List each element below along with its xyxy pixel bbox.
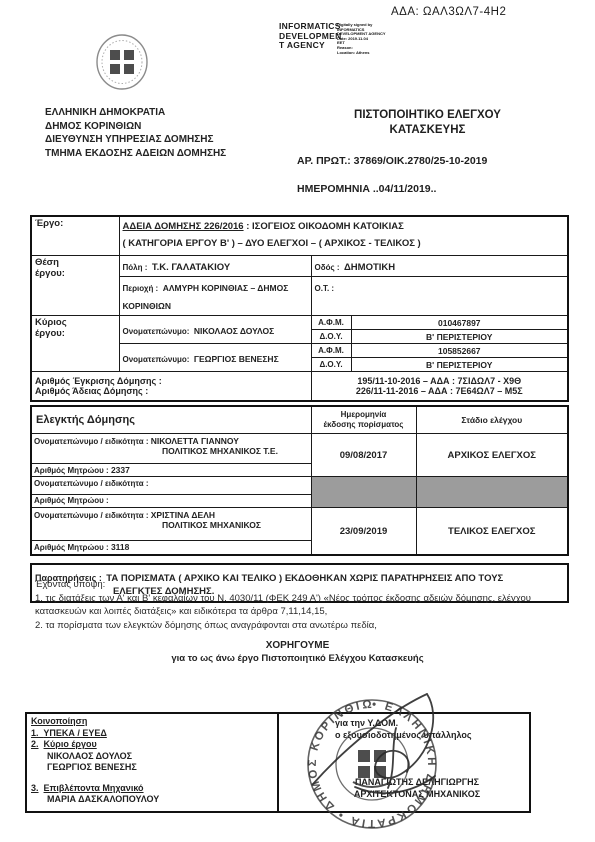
owner-label: Κύριος έργου: [31,316,119,372]
location-label: Θέση έργου: [31,256,119,316]
permit-numbers-labels: Αριθμός Έγκρισης Δόμησης : Αριθμός Άδεια… [31,372,311,402]
certificate-title-line1: ΠΙΣΤΟΠΟΙΗΤΙΚΟ ΕΛΕΓΧΟΥ [315,108,540,123]
municipal-seal-icon [95,33,149,91]
stamp-coat-of-arms-icon [353,750,391,787]
distribution-list: Κοινοποίηση 1. ΥΠΕΚΑ / ΕΥΕΔ 2. Κύριο έργ… [27,714,279,811]
table-header-row: Ελεγκτής Δόμησης Ημερομηνία έκδοσης πορί… [31,406,568,434]
stage-column-header: Στάδιο ελέγχου [416,406,568,434]
inspector2-registry: Αριθμός Μητρώου : [32,494,311,506]
inspector1-name: ΝΙΚΟΛΕΤΤΑ ΓΙΑΝΝΟΥ [151,436,239,446]
owner1-doy-label: Δ.Ο.Υ. [311,330,351,344]
permit-reference: ΑΔΕΙΑ ΔΟΜΗΣΗΣ 226/2016 [123,221,244,232]
project-description: : ΙΣΟΓΕΙΟΣ ΟΙΚΟΔΟΜΗ ΚΑΤΟΙΚΙΑΣ [246,221,404,232]
owner-label-line: έργου: [35,328,116,339]
owner2-afm-value: 105852667 [351,344,568,358]
owner1-afm-value: 010467897 [351,316,568,330]
inspector2-name-label: Ονοματεπώνυμο / ειδικότητα : [34,479,149,488]
item-label: Επιβλέποντα Μηχανικό [44,783,144,793]
legal-item2: 2. τα πορίσματα των ελεγκτών δόμησης όπω… [35,619,557,633]
inspector-row: Ονοματεπώνυμο / ειδικότητα : ΧΡΙΣΤΙΝΑ ΔΕ… [31,508,568,556]
owner2-afm-label: Α.Φ.Μ. [311,344,351,358]
inspector1-specialty: ΠΟΛΙΤΙΚΟΣ ΜΗΧΑΝΙΚΟΣ Τ.Ε. [162,446,278,456]
registry-value: 2337 [111,465,130,475]
owner2-name: ΓΕΩΡΓΙΟΣ ΒΕΝΕΣΗΣ [194,354,279,364]
owner1-name-label: Ονοματεπώνυμο: [123,327,190,336]
registry-label: Αριθμός Μητρώου : [34,543,109,552]
project-line1: ΑΔΕΙΑ ΔΟΜΗΣΗΣ 226/2016 : ΙΣΟΓΕΙΟΣ ΟΙΚΟΔΟ… [123,218,565,235]
table-row: Έργο: ΑΔΕΙΑ ΔΟΜΗΣΗΣ 226/2016 : ΙΣΟΓΕΙΟΣ … [31,216,568,256]
item-number: 3. [31,783,39,793]
inspector3-cell: Ονοματεπώνυμο / ειδικότητα : ΧΡΙΣΤΙΝΑ ΔΕ… [31,508,311,556]
owner2-name-cell: Ονοματεπώνυμο: ΓΕΩΡΓΙΟΣ ΒΕΝΕΣΗΣ [119,344,311,372]
project-table: Έργο: ΑΔΕΙΑ ΔΟΜΗΣΗΣ 226/2016 : ΙΣΟΓΕΙΟΣ … [30,215,569,402]
grant-heading: ΧΟΡΗΓΟΥΜΕ [0,640,595,651]
street-value: ΔΗΜΟΤΙΚΗ [344,262,395,273]
distribution-item-3: 3. Επιβλέποντα Μηχανικό [31,783,273,795]
project-line2: ( ΚΑΤΗΓΟΡΙΑ ΕΡΓΟΥ Β' ) – ΔΥΟ ΕΛΕΓΧΟΙ – (… [123,235,565,252]
esignature-agency: INFORMATICS DEVELOPMEN T AGENCY [279,22,342,51]
distribution-item-1: 1. ΥΠΕΚΑ / ΕΥΕΔ [31,728,273,740]
item-number: 1. [31,728,39,738]
recipient-name: ΜΑΡΙΑ ΔΑΣΚΑΛΟΠΟΥΛΟΥ [47,794,273,806]
date-header-line1: Ημερομηνία [315,410,413,420]
legal-basis: Έχοντας υπόψη: 1. τις διατάξεις των Α' κ… [35,578,557,632]
certificate-title-line2: ΚΑΤΑΣΚΕΥΗΣ [315,123,540,138]
grant-subheading: για το ως άνω έργο Πιστοποιητικό Ελέγχου… [0,653,595,664]
owner2-name-label: Ονοματεπώνυμο: [123,355,190,364]
table-row: Κύριος έργου: Ονοματεπώνυμο: ΝΙΚΟΛΑΟΣ ΔΟ… [31,316,568,330]
esignature-details: Digitally signed by INFORMATICS DEVELOPM… [337,23,397,55]
authority-line: ΕΛΛΗΝΙΚΗ ΔΗΜΟΚΡΑΤΙΑ [45,106,226,120]
permit-number-label: Αριθμός Άδειας Δόμησης : [35,386,308,396]
registry-value: 3118 [111,542,129,552]
registry-label: Αριθμός Μητρώου : [34,466,109,475]
issue-date: ΗΜΕΡΟΜΗΝΙΑ ..04/11/2019.. [297,183,436,195]
legal-item1: 1. τις διατάξεις των Α' και Β' κεφαλαίων… [35,592,557,619]
authority-line: ΔΙΕΥΘΥΝΣΗ ΥΠΗΡΕΣΙΑΣ ΔΟΜΗΣΗΣ [45,133,226,147]
city-cell: Πόλη : Τ.Κ. ΓΑΛΑΤΑΚΙΟΥ [119,256,311,277]
distribution-item-2: 2. Κύριο έργου [31,739,273,751]
esignature-detail-line: Location: Athens [337,51,397,56]
street-cell: Οδός : ΔΗΜΟΤΙΚΗ [311,256,568,277]
owner1-doy-value: Β' ΠΕΡΙΣΤΕΡΙΟΥ [351,330,568,344]
grant-statement: ΧΟΡΗΓΟΥΜΕ για το ως άνω έργο Πιστοποιητι… [0,640,595,664]
inspector-column-header: Ελεγκτής Δόμησης [31,406,311,434]
protocol-number: ΑΡ. ΠΡΩΤ.: 37869/ΟΙΚ.2780/25-10-2019 [297,155,487,167]
inspector3-date: 23/09/2019 [311,508,416,556]
table-row: Θέση έργου: Πόλη : Τ.Κ. ΓΑΛΑΤΑΚΙΟΥ Οδός … [31,256,568,277]
permit-number-value: 226/11-11-2016 – ΑΔΑ : 7Ε64ΩΛ7 – Μ5Σ [315,386,565,396]
inspector2-name-block: Ονοματεπώνυμο / ειδικότητα : [32,477,311,494]
inspector2-stage-grayed [416,477,568,508]
date-column-header: Ημερομηνία έκδοσης πορίσματος [311,406,416,434]
ada-code: ΑΔΑ: ΩΑΛ3ΩΛ7-4Η2 [391,6,506,18]
inspector3-name: ΧΡΙΣΤΙΝΑ ΔΕΛΗ [151,510,215,520]
recipient-name: ΓΕΩΡΓΙΟΣ ΒΕΝΕΣΗΣ [47,762,273,774]
project-description-cell: ΑΔΕΙΑ ΔΟΜΗΣΗΣ 226/2016 : ΙΣΟΓΕΙΟΣ ΟΙΚΟΔΟ… [119,216,568,256]
distribution-title: Κοινοποίηση [31,716,273,728]
inspector3-registry: Αριθμός Μητρώου : 3118 [32,540,311,553]
owner-label-line: Κύριος [35,317,116,328]
main-content: Έργο: ΑΔΕΙΑ ΔΟΜΗΣΗΣ 226/2016 : ΙΣΟΓΕΙΟΣ … [30,215,567,603]
authority-line: ΔΗΜΟΣ ΚΟΡΙΝΘΙΩΝ [45,120,226,134]
registry-label: Αριθμός Μητρώου : [34,496,109,505]
inspector3-name-block: Ονοματεπώνυμο / ειδικότητα : ΧΡΙΣΤΙΝΑ ΔΕ… [32,508,311,540]
owner1-name-cell: Ονοματεπώνυμο: ΝΙΚΟΛΑΟΣ ΔΟΥΛΟΣ [119,316,311,344]
inspector3-specialty: ΠΟΛΙΤΙΚΟΣ ΜΗΧΑΝΙΚΟΣ [162,520,261,530]
approval-number-label: Αριθμός Έγκρισης Δόμησης : [35,376,308,386]
inspector1-date: 09/08/2017 [311,434,416,477]
document-page: ΑΔΑ: ΩΑΛ3ΩΛ7-4Η2 INFORMATICS DEVELOPMEN … [0,0,595,842]
inspector1-cell: Ονοματεπώνυμο / ειδικότητα : ΝΙΚΟΛΕΤΤΑ Γ… [31,434,311,477]
location-label-line: έργου: [35,268,116,279]
approval-number-value: 195/11-10-2016 – ΑΔΑ : 7ΣΙΔΩΛ7 - Χ9Θ [315,376,565,386]
recipient-name: ΝΙΚΟΛΑΟΣ ΔΟΥΛΟΣ [47,751,273,763]
inspector2-date-grayed [311,477,416,508]
inspector-row: Ονοματεπώνυμο / ειδικότητα : Αριθμός Μητ… [31,477,568,508]
official-stamp: • ΕΛΛΗΝΙΚΗ ΔΗΜΟΚΡΑΤΙΑ • ΔΗΜΟΣ ΚΟΡΙΝΘΙΩΝ [295,686,460,842]
ot-label: Ο.Τ. : [315,284,335,293]
inspectors-table: Ελεγκτής Δόμησης Ημερομηνία έκδοσης πορί… [30,405,569,556]
item-label: Κύριο έργου [44,739,97,749]
item-number: 2. [31,739,39,749]
city-label: Πόλη : [123,263,148,272]
legal-intro: Έχοντας υπόψη: [35,578,557,592]
owner1-name: ΝΙΚΟΛΑΟΣ ΔΟΥΛΟΣ [194,326,274,336]
table-row: Αριθμός Έγκρισης Δόμησης : Αριθμός Άδεια… [31,372,568,402]
issuing-authority: ΕΛΛΗΝΙΚΗ ΔΗΜΟΚΡΑΤΙΑ ΔΗΜΟΣ ΚΟΡΙΝΘΙΩΝ ΔΙΕΥ… [45,106,226,160]
stamp-inner-ring [336,728,408,800]
inspector1-name-block: Ονοματεπώνυμο / ειδικότητα : ΝΙΚΟΛΕΤΤΑ Γ… [32,434,311,463]
city-value: Τ.Κ. ΓΑΛΑΤΑΚΙΟΥ [152,262,230,273]
authority-line: ΤΜΗΜΑ ΕΚΔΟΣΗΣ ΑΔΕΙΩΝ ΔΟΜΗΣΗΣ [45,147,226,161]
area-cell: Περιοχή : ΑΛΜΥΡΗ ΚΟΡΙΝΘΙΑΣ – ΔΗΜΟΣ ΚΟΡΙΝ… [119,277,311,316]
date-header-line2: έκδοσης πορίσματος [315,420,413,430]
inspector1-registry: Αριθμός Μητρώου : 2337 [32,463,311,476]
inspector-row: Ονοματεπώνυμο / ειδικότητα : ΝΙΚΟΛΕΤΤΑ Γ… [31,434,568,477]
esignature-agency-line: T AGENCY [279,41,342,51]
inspector2-cell: Ονοματεπώνυμο / ειδικότητα : Αριθμός Μητ… [31,477,311,508]
area-label: Περιοχή : [123,284,159,293]
certificate-title: ΠΙΣΤΟΠΟΙΗΤΙΚΟ ΕΛΕΓΧΟΥ ΚΑΤΑΣΚΕΥΗΣ [315,108,540,138]
permit-numbers-values: 195/11-10-2016 – ΑΔΑ : 7ΣΙΔΩΛ7 - Χ9Θ 226… [311,372,568,402]
owner1-afm-label: Α.Φ.Μ. [311,316,351,330]
street-label: Οδός : [315,263,340,272]
location-label-line: Θέση [35,257,116,268]
item-label: ΥΠΕΚΑ / ΕΥΕΔ [43,728,106,738]
inspector1-stage: ΑΡΧΙΚΟΣ ΕΛΕΓΧΟΣ [416,434,568,477]
inspector3-stage: ΤΕΛΙΚΟΣ ΕΛΕΓΧΟΣ [416,508,568,556]
inspector3-name-label: Ονοματεπώνυμο / ειδικότητα : [34,511,149,520]
owner2-doy-value: Β' ΠΕΡΙΣΤΕΡΙΟΥ [351,358,568,372]
inspector1-name-label: Ονοματεπώνυμο / ειδικότητα : [34,437,149,446]
seal-cross-icon [110,50,134,74]
ot-cell: Ο.Τ. : [311,277,568,316]
owner2-doy-label: Δ.Ο.Υ. [311,358,351,372]
project-label: Έργο: [31,216,119,256]
